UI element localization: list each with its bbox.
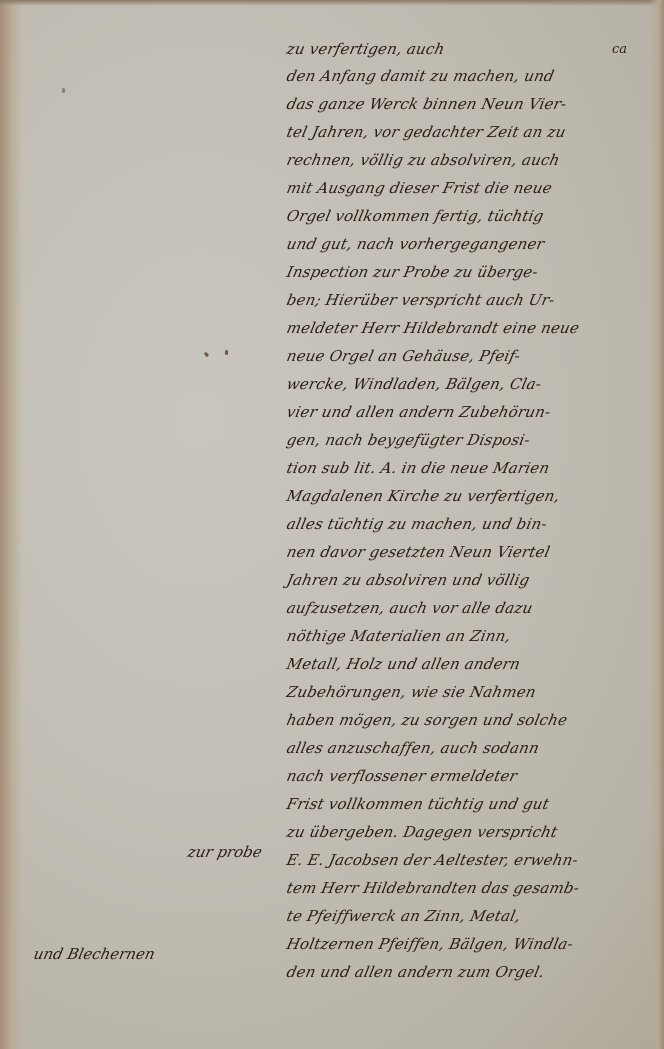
manuscript-line: nen davor gesetzten Neun Viertel <box>285 543 552 561</box>
manuscript-line: Magdalenen Kirche zu verfertigen, <box>285 487 562 505</box>
manuscript-line: neue Orgel an Gehäuse, Pfeif- <box>285 347 522 365</box>
manuscript-line: Holtzernen Pfeiffen, Bälgen, Windla- <box>285 935 575 953</box>
manuscript-line: ben; Hierüber verspricht auch Ur- <box>285 291 556 309</box>
manuscript-line: tel Jahren, vor gedachter Zeit an zu <box>285 123 568 141</box>
manuscript-line: nöthige Materialien an Zinn, <box>285 627 513 645</box>
manuscript-line: den Anfang damit zu machen, und <box>285 67 556 85</box>
ink-speck <box>62 88 65 93</box>
page-top-edge <box>0 0 664 6</box>
manuscript-line: und gut, nach vorhergegangener <box>285 235 546 253</box>
manuscript-line: zu verfertigen, auch <box>285 40 446 58</box>
manuscript-line: rechnen, völlig zu absolviren, auch <box>285 151 562 169</box>
manuscript-line: aufzusetzen, auch vor alle dazu <box>285 599 534 617</box>
manuscript-line: Jahren zu absolviren und völlig <box>285 571 531 589</box>
corner-annotation: ca <box>612 42 627 57</box>
manuscript-line: wercke, Windladen, Bälgen, Cla- <box>285 375 543 393</box>
manuscript-line: haben mögen, zu sorgen und solche <box>285 711 569 729</box>
manuscript-line: Inspection zur Probe zu überge- <box>285 263 540 281</box>
ink-speck <box>225 350 228 355</box>
manuscript-line: Orgel vollkommen fertig, tüchtig <box>285 207 545 225</box>
manuscript-line: alles anzuschaffen, auch sodann <box>285 739 541 757</box>
manuscript-line: nach verflossener ermeldeter <box>285 767 519 785</box>
manuscript-line: tem Herr Hildebrandten das gesamb- <box>285 879 581 897</box>
manuscript-line: Zubehörungen, wie sie Nahmen <box>285 683 538 701</box>
manuscript-line: meldeter Herr Hildebrandt eine neue <box>285 319 581 337</box>
manuscript-line: gen, nach beygefügter Disposi- <box>285 431 532 449</box>
manuscript-line: Metall, Holz und allen andern <box>285 655 522 673</box>
manuscript-line: alles tüchtig zu machen, und bin- <box>285 515 549 533</box>
ink-speck <box>204 352 210 358</box>
manuscript-line: das ganze Werck binnen Neun Vier- <box>285 95 568 113</box>
manuscript-line: tion sub lit. A. in die neue Marien <box>285 459 551 477</box>
margin-note-blechernen: und Blechernen <box>32 945 157 963</box>
manuscript-line: mit Ausgang dieser Frist die neue <box>285 179 554 197</box>
manuscript-page: ca zu verfertigen, auch den Anfang damit… <box>0 0 664 1049</box>
manuscript-line: zu übergeben. Dagegen verspricht <box>285 823 559 841</box>
manuscript-line: den und allen andern zum Orgel. <box>285 963 546 981</box>
manuscript-line: E. E. Jacobsen der Aeltester, erwehn- <box>285 851 580 869</box>
manuscript-line: Frist vollkommen tüchtig und gut <box>285 795 551 813</box>
manuscript-line: vier und allen andern Zubehörun- <box>285 403 552 421</box>
margin-note-zur-probe: zur probe <box>186 843 264 861</box>
manuscript-line: te Pfeiffwerck an Zinn, Metal, <box>285 907 522 925</box>
